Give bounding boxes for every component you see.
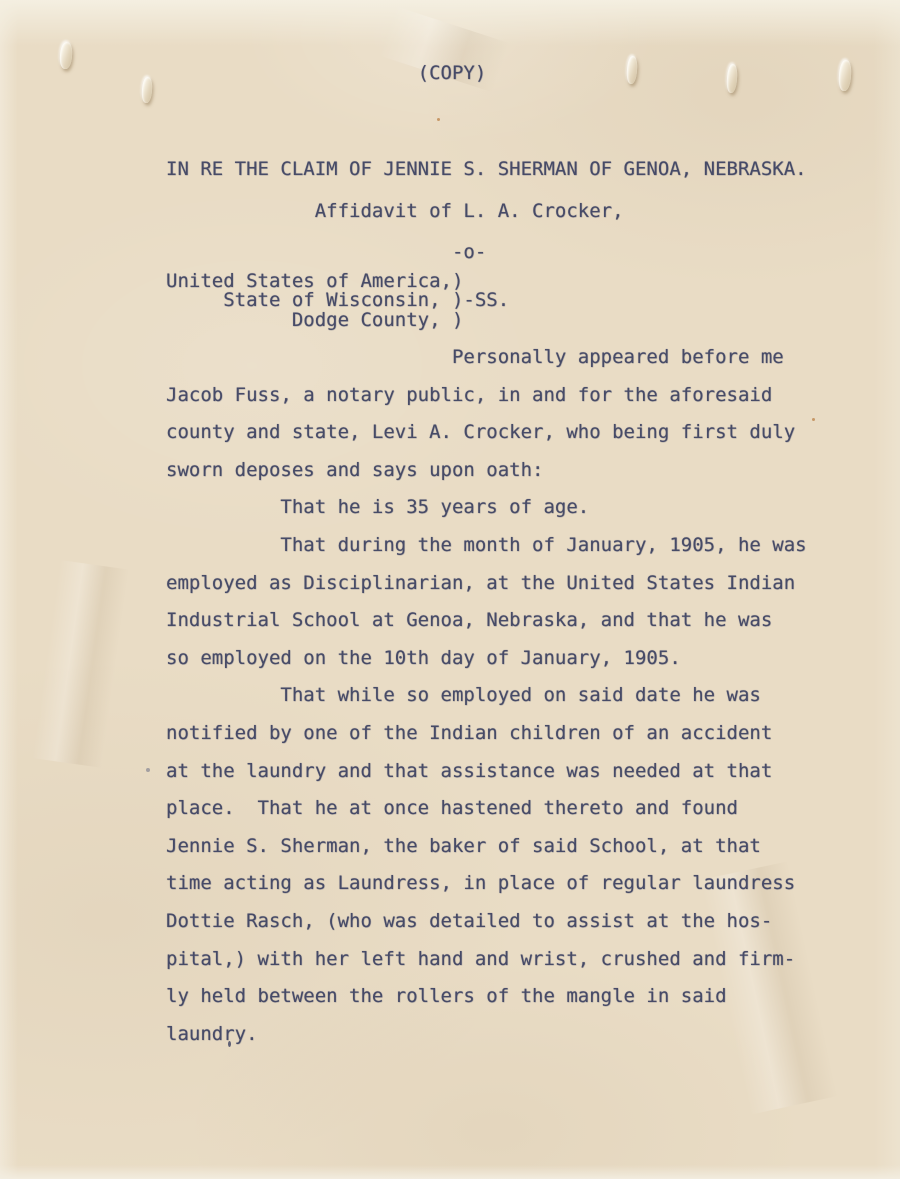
paper-speck [437, 118, 440, 121]
document-page: (COPY) IN RE THE CLAIM OF JENNIE S. SHER… [0, 0, 900, 1179]
venue-block: United States of America,) State of Wisc… [166, 272, 509, 330]
body-line: laundry. [166, 1016, 807, 1054]
body-line: Jacob Fuss, a notary public, in and for … [166, 377, 807, 415]
fastener-emboss-icon [626, 56, 638, 85]
fastener-emboss-icon [726, 64, 738, 94]
body-line: Jennie S. Sherman, the baker of said Sch… [166, 828, 807, 866]
body-line: sworn deposes and says upon oath: [166, 452, 807, 490]
section-divider: -o- [166, 243, 486, 262]
fastener-emboss-icon [141, 77, 153, 104]
body-line: notified by one of the Indian children o… [166, 715, 807, 753]
document-title: IN RE THE CLAIM OF JENNIE S. SHERMAN OF … [166, 160, 807, 179]
body-line: time acting as Laundress, in place of re… [166, 865, 807, 903]
body-line: place. That he at once hastened thereto … [166, 790, 807, 828]
fastener-emboss-icon [59, 42, 73, 70]
body-line: Dottie Rasch, (who was detailed to assis… [166, 903, 807, 941]
paper-crease [32, 560, 129, 768]
body-line: Industrial School at Genoa, Nebraska, an… [166, 602, 807, 640]
body-line: so employed on the 10th day of January, … [166, 640, 807, 678]
venue-line: State of Wisconsin, )-SS. [166, 291, 509, 310]
body-line: ly held between the rollers of the mangl… [166, 978, 807, 1016]
body-line: That during the month of January, 1905, … [166, 527, 807, 565]
body-line: Personally appeared before me [166, 339, 807, 377]
fastener-emboss-icon [838, 60, 852, 92]
venue-line: Dodge County, ) [166, 311, 509, 330]
body-line: That while so employed on said date he w… [166, 677, 807, 715]
body-line: pital,) with her left hand and wrist, cr… [166, 941, 807, 979]
ink-speck [146, 768, 150, 772]
affidavit-body: Personally appeared before meJacob Fuss,… [166, 339, 807, 1053]
document-subtitle: Affidavit of L. A. Crocker, [166, 202, 624, 221]
paper-speck [812, 418, 815, 421]
copy-stamp: (COPY) [166, 64, 486, 83]
body-line: employed as Disciplinarian, at the Unite… [166, 565, 807, 603]
body-line: That he is 35 years of age. [166, 489, 807, 527]
body-line: at the laundry and that assistance was n… [166, 753, 807, 791]
body-line: county and state, Levi A. Crocker, who b… [166, 414, 807, 452]
